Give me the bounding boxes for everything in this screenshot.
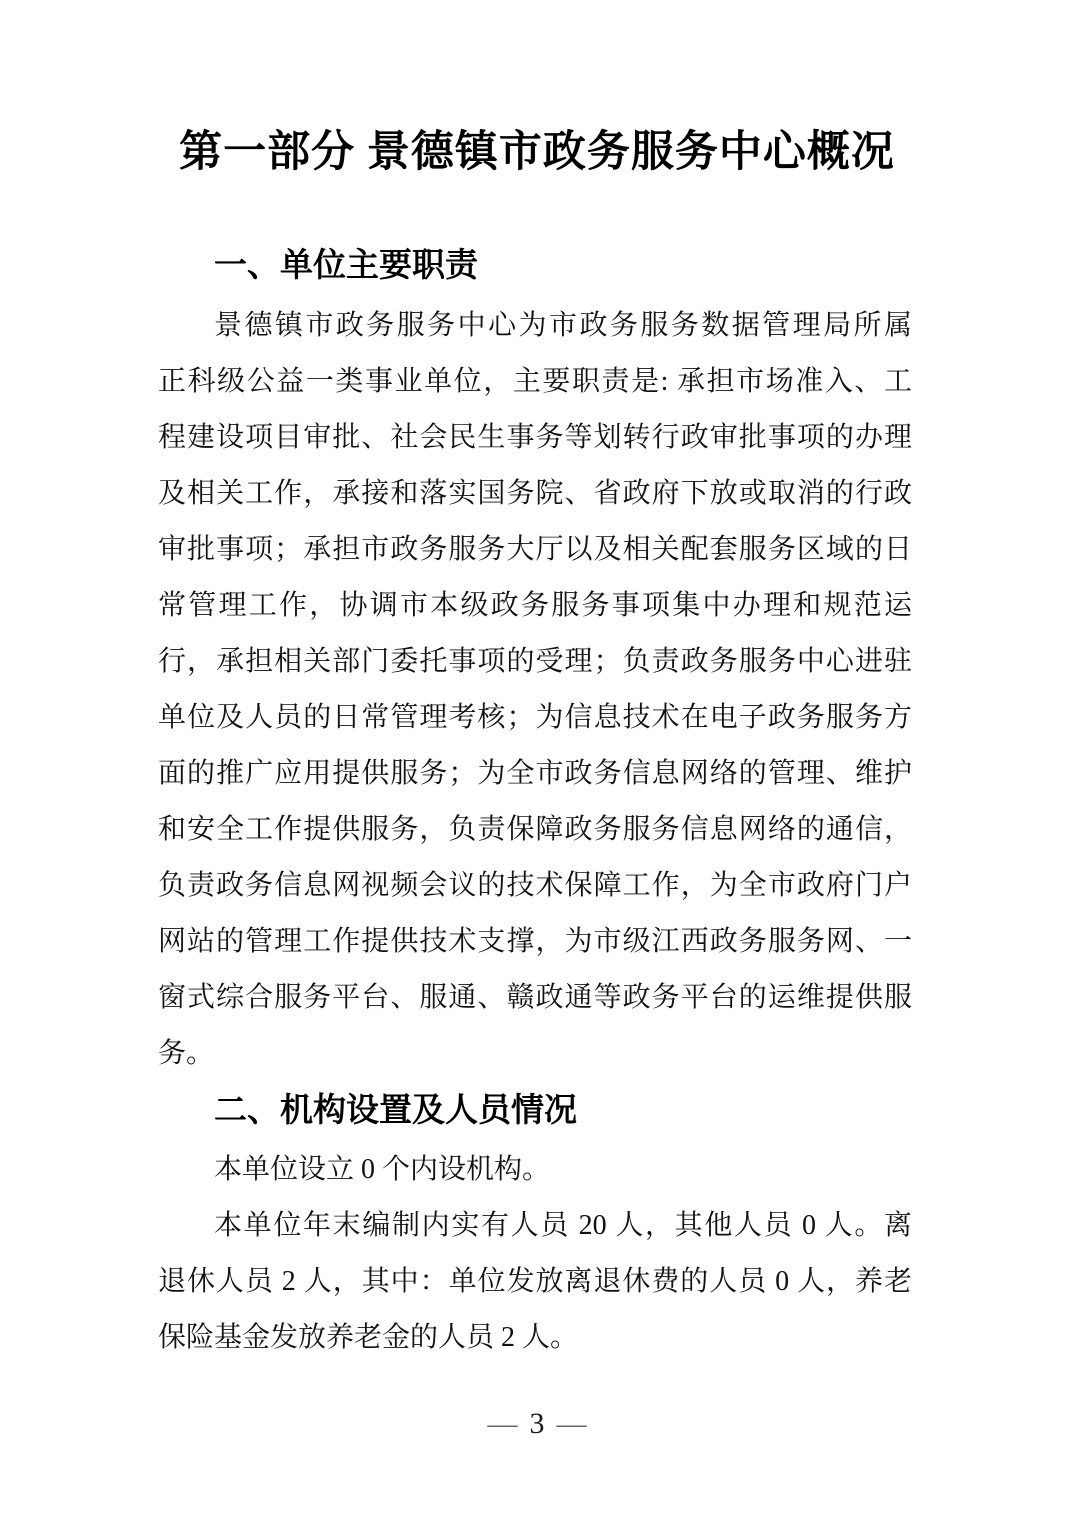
body-line: 审批事项；承担市政务服务大厅以及相关配套服务区域的日 — [158, 522, 912, 578]
body-line: 面的推广应用提供服务；为全市政务信息网络的管理、维护 — [158, 746, 912, 802]
body-line: 景德镇市政务服务中心为市政务服务数据管理局所属 — [158, 298, 912, 354]
body-line: 窗式综合服务平台、服通、赣政通等政务平台的运维提供服 — [158, 970, 912, 1026]
section-1-heading: 一、单位主要职责 — [158, 243, 912, 287]
body-line: 退休人员 2 人，其中：单位发放离退休费的人员 0 人，养老 — [158, 1254, 912, 1310]
body-line: 和安全工作提供服务，负责保障政务服务信息网络的通信， — [158, 802, 912, 858]
footer-dash-right: — — [545, 1407, 599, 1440]
page-number: 3 — [530, 1407, 545, 1440]
body-line: 保险基金发放养老金的人员 2 人。 — [158, 1310, 912, 1366]
body-line: 及相关工作，承接和落实国务院、省政府下放或取消的行政 — [158, 466, 912, 522]
page-footer: —3— — [0, 1402, 1074, 1446]
section-2-paragraph-2: 本单位年末编制内实有人员 20 人，其他人员 0 人。离 退休人员 2 人，其中… — [158, 1198, 912, 1366]
body-line: 本单位设立 0 个内设机构。 — [158, 1142, 912, 1198]
body-line: 务。 — [158, 1026, 912, 1082]
body-line: 网站的管理工作提供技术支撑，为市级江西政务服务网、一 — [158, 914, 912, 970]
document-page: 第一部分 景德镇市政务服务中心概况 一、单位主要职责 景德镇市政务服务中心为市政… — [0, 0, 1074, 1520]
footer-dash-left: — — [476, 1407, 530, 1440]
body-line: 负责政务信息网视频会议的技术保障工作，为全市政府门户 — [158, 858, 912, 914]
body-line: 行，承担相关部门委托事项的受理；负责政务服务中心进驻 — [158, 634, 912, 690]
section-2-paragraph-1: 本单位设立 0 个内设机构。 — [158, 1142, 912, 1198]
body-line: 程建设项目审批、社会民生事务等划转行政审批事项的办理 — [158, 410, 912, 466]
section-2-heading: 二、机构设置及人员情况 — [158, 1088, 912, 1132]
section-1-paragraph: 景德镇市政务服务中心为市政务服务数据管理局所属 正科级公益一类事业单位，主要职责… — [158, 298, 912, 1082]
body-line: 常管理工作，协调市本级政务服务事项集中办理和规范运 — [158, 578, 912, 634]
document-title: 第一部分 景德镇市政务服务中心概况 — [0, 124, 1074, 182]
body-line: 单位及人员的日常管理考核；为信息技术在电子政务服务方 — [158, 690, 912, 746]
body-line: 正科级公益一类事业单位，主要职责是: 承担市场准入、工 — [158, 354, 912, 410]
body-line: 本单位年末编制内实有人员 20 人，其他人员 0 人。离 — [158, 1198, 912, 1254]
